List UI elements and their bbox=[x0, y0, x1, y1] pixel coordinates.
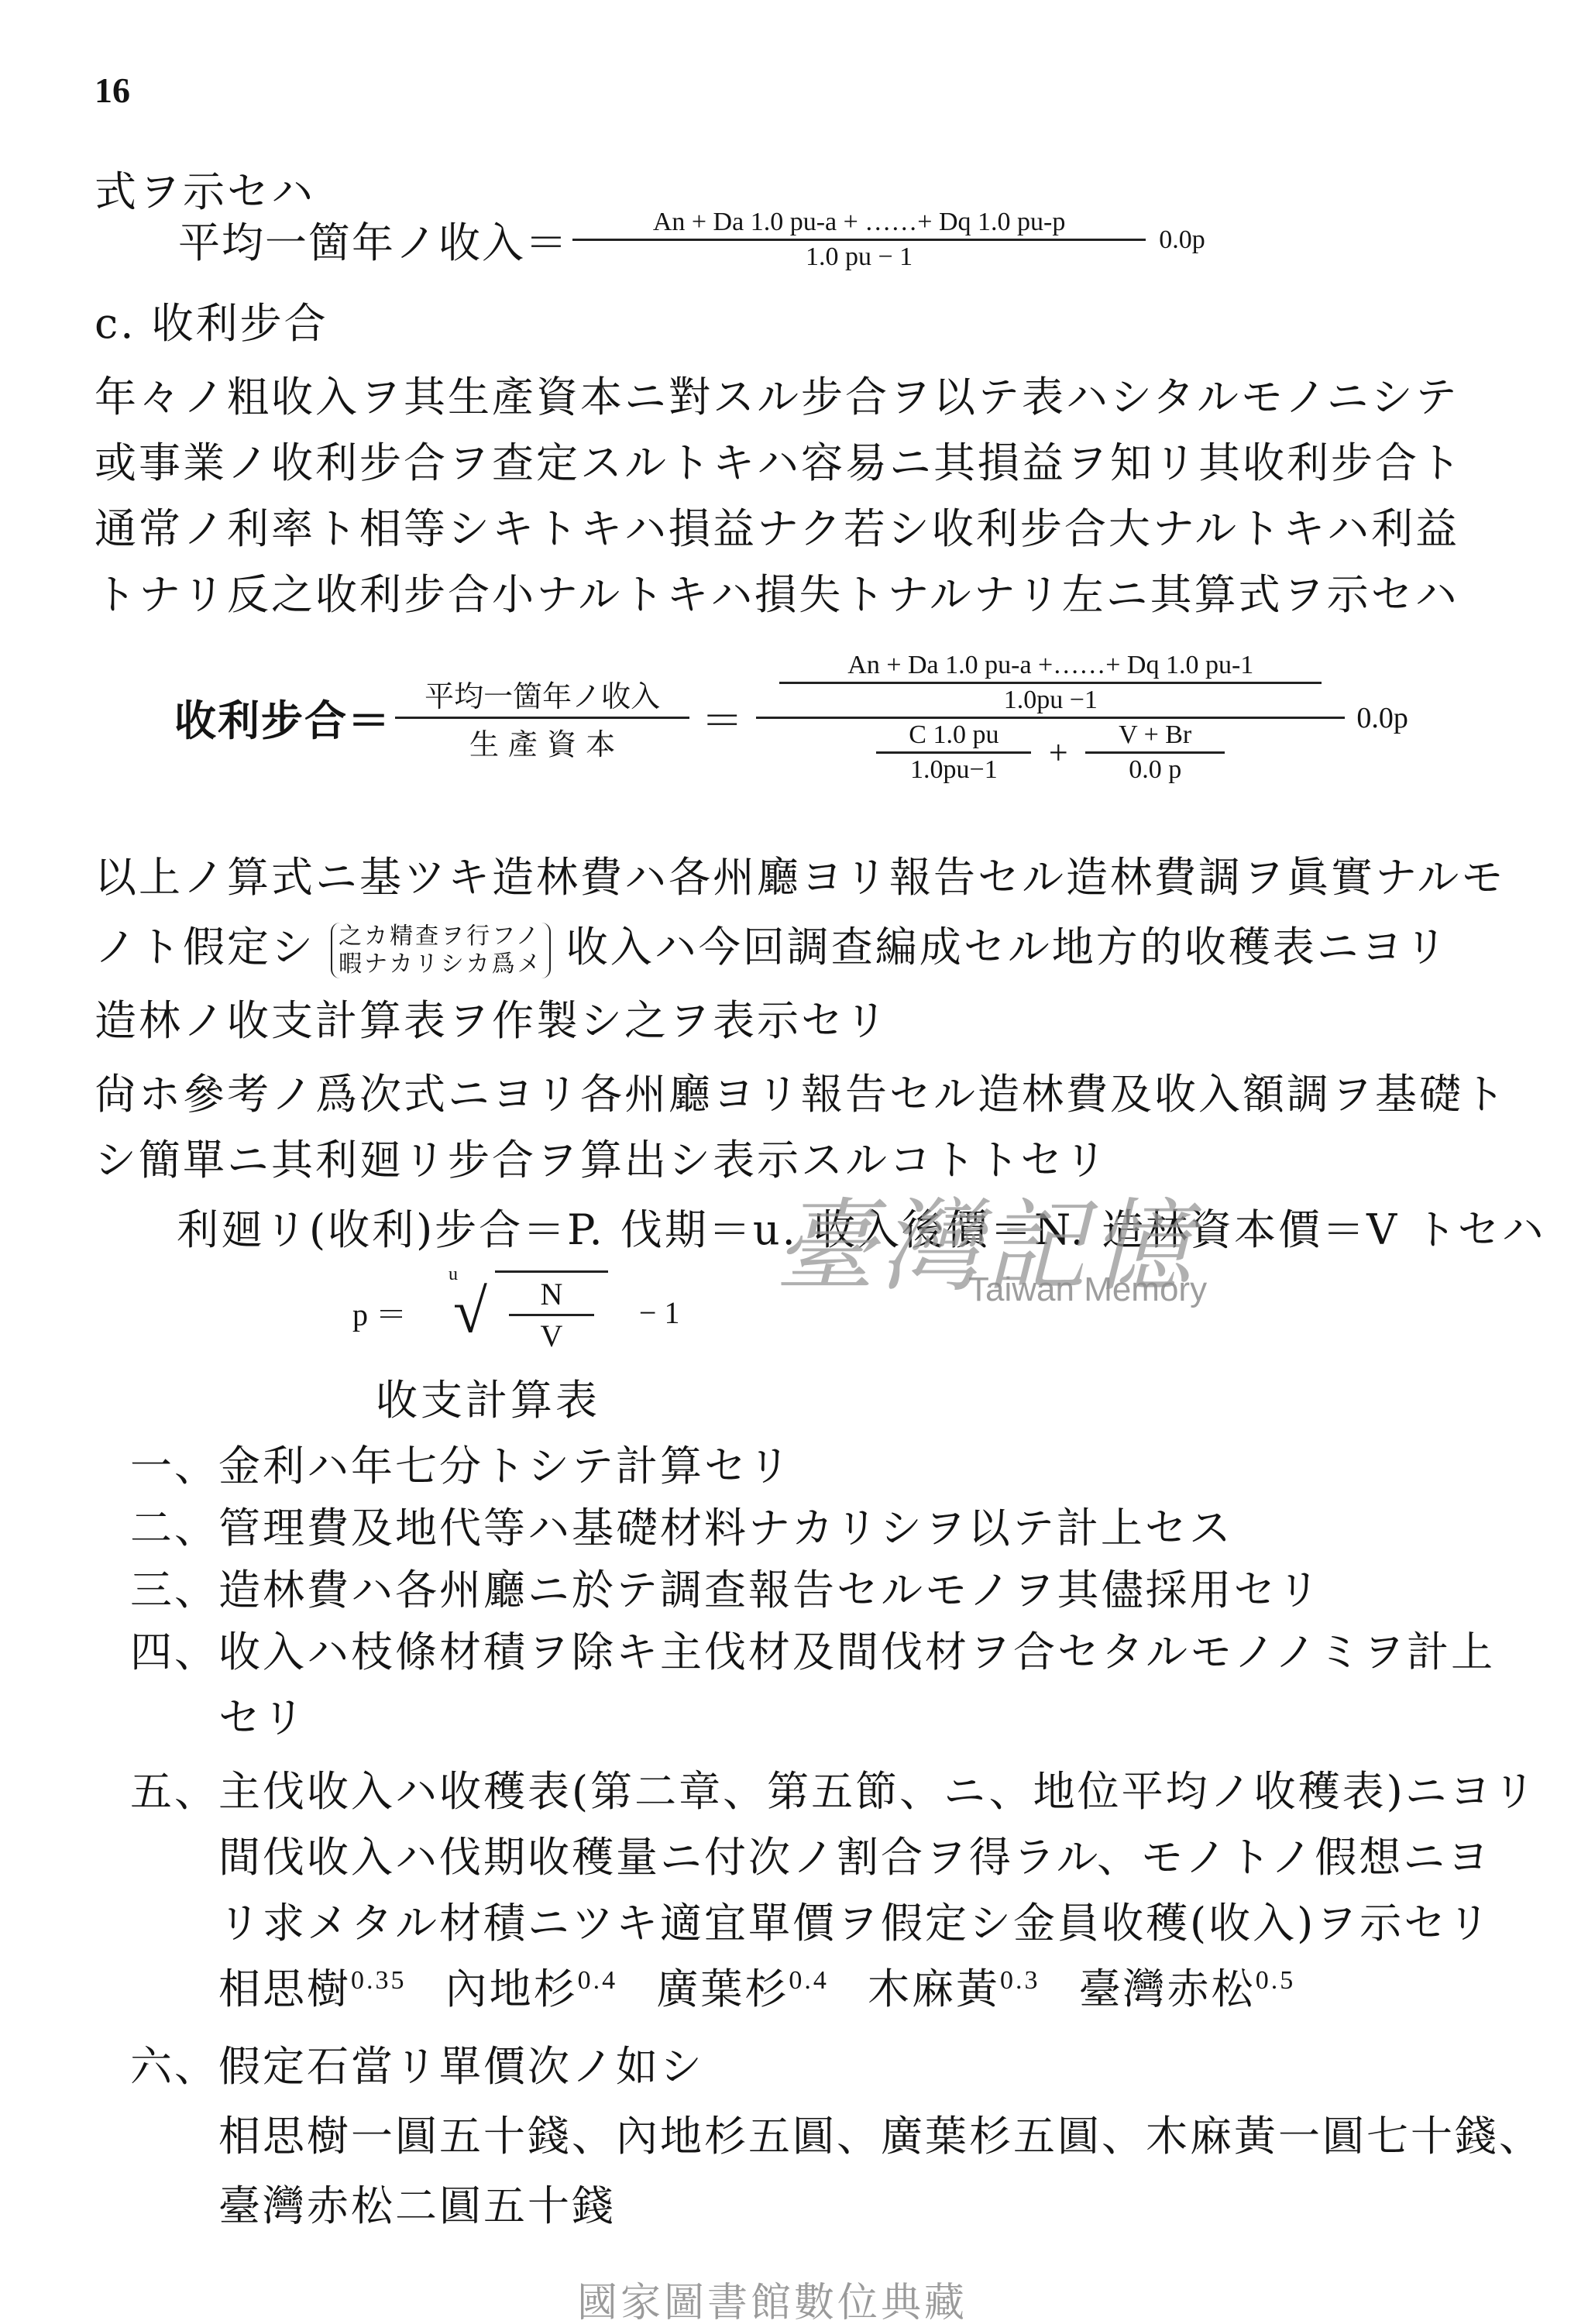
item-text: 管理費及地代等ハ基礎材料ナカリシヲ以テ計上セス bbox=[218, 1504, 1233, 1552]
national-library-footer-watermark: 國家圖書館數位典藏 bbox=[577, 2270, 968, 2324]
item-text: 造林費ハ各州廳ニ於テ調查報告セルモノヲ其儘採用セリ bbox=[218, 1566, 1322, 1614]
ratio-value: 0.5 bbox=[1256, 1966, 1296, 1995]
ratio-value: 0.4 bbox=[789, 1966, 829, 1995]
formula3-denominator: V bbox=[509, 1316, 594, 1354]
paragraph1-line4: トナリ反之收利步合小ナルトキハ損失トナルナリ左ニ其算式ヲ示セハ bbox=[95, 562, 1459, 621]
section-heading-c: c. 收利步合 bbox=[95, 290, 328, 350]
formula2-equals: ＝ bbox=[701, 696, 744, 745]
formula2-den-left-den: 1.0pu−1 bbox=[876, 754, 1031, 785]
item-4-continuation: セリ bbox=[218, 1685, 307, 1745]
formula2-suffix: 0.0p bbox=[1356, 702, 1408, 734]
formula2-inner-fraction: An + Da 1.0 pu-a +……+ Dq 1.0 pu-1 1.0pu … bbox=[779, 651, 1322, 715]
item-4: 四、收入ハ枝條材積ヲ除キ主伐材及間伐材ヲ合セタルモノノミヲ計上 bbox=[130, 1619, 1495, 1679]
item-number: 六、 bbox=[130, 2042, 218, 2091]
item-1: 一、金利ハ年七分トシテ計算セリ bbox=[130, 1433, 792, 1493]
formula2-big-fraction: An + Da 1.0 pu-a +……+ Dq 1.0 pu-1 1.0pu … bbox=[756, 651, 1345, 785]
formula2-den-right-num: V + Br bbox=[1085, 720, 1225, 754]
item-5-continuation-1: 間伐收入ハ伐期收穫量ニ付次ノ割合ヲ得ラル、モノトノ假想ニヨ bbox=[218, 1824, 1491, 1884]
formula3-lhs: p ＝ bbox=[352, 1298, 407, 1332]
parenthetical-note: 之カ精查ヲ行フノ 暇ナカリシカ爲メ bbox=[331, 923, 550, 978]
formula2-inner-denominator: 1.0pu −1 bbox=[779, 684, 1322, 715]
prices-line-1: 相思樹一圓五十錢、內地杉五圓、廣葉杉五圓、木麻黃一圓七十錢、 bbox=[218, 2103, 1543, 2163]
formula1-fraction: An + Da 1.0 pu-a + ……+ Dq 1.0 pu-p 1.0 p… bbox=[572, 208, 1146, 272]
paragraph2-line3: 造林ノ收支計算表ヲ作製シ之ヲ表示セリ bbox=[95, 988, 889, 1047]
paragraph2-line2-pre: ノト假定シ bbox=[95, 923, 315, 971]
item-number: 三、 bbox=[130, 1566, 218, 1614]
paragraph3-line1: 尙ホ參考ノ爲次式ニヨリ各州廳ヨリ報告セル造林費及收入額調ヲ基礎ト bbox=[95, 1061, 1507, 1121]
ratio-value: 0.4 bbox=[578, 1966, 618, 1995]
formula1-suffix: 0.0p bbox=[1159, 225, 1205, 254]
item-text: 假定石當リ單價次ノ如シ bbox=[218, 2042, 704, 2091]
formula2-den-left-num: C 1.0 pu bbox=[876, 720, 1031, 754]
formula-yield-rate: 收利步合＝ 平均一箇年ノ收入 生 產 資 本 ＝ An + Da 1.0 pu-… bbox=[174, 651, 1408, 785]
ratio-species: 臺灣赤松 bbox=[1079, 1965, 1256, 2013]
ratio-value: 0.35 bbox=[351, 1966, 407, 1995]
formula2-big-denominator: C 1.0 pu 1.0pu−1 + V + Br 0.0 p bbox=[756, 719, 1345, 785]
item-5-continuation-2: リ求メタル材積ニツキ適宜單價ヲ假定シ金員收穫(收入)ヲ示セリ bbox=[218, 1890, 1492, 1950]
item-text: 主伐收入ハ收穫表(第二章、第五節、ニ、地位平均ノ收穫表)ニヨリ bbox=[218, 1767, 1538, 1816]
ratio-species: 木麻黃 bbox=[868, 1965, 1000, 2013]
prices-line-2: 臺灣赤松二圓五十錢 bbox=[218, 2173, 616, 2233]
table-title: 收支計算表 bbox=[376, 1367, 600, 1427]
formula2-ratio-denominator: 生 產 資 本 bbox=[395, 719, 689, 763]
formula2-den-right: V + Br 0.0 p bbox=[1085, 720, 1225, 785]
paragraph1-line3: 通常ノ利率ト相等シキトキハ損益ナク若シ收利步合大ナルトキハ利益 bbox=[95, 496, 1459, 555]
formula1-numerator: An + Da 1.0 pu-a + ……+ Dq 1.0 pu-p bbox=[572, 208, 1146, 241]
item-6: 六、假定石當リ單價次ノ如シ bbox=[130, 2033, 704, 2093]
paragraph2-line2: ノト假定シ 之カ精查ヲ行フノ 暇ナカリシカ爲メ 收入ハ今回調查編成セル地方的收穫… bbox=[95, 914, 1449, 978]
formula2-den-left: C 1.0 pu 1.0pu−1 bbox=[876, 720, 1031, 785]
item-number: 二、 bbox=[130, 1504, 218, 1552]
formula2-ratio: 平均一箇年ノ收入 生 產 資 本 bbox=[395, 672, 689, 763]
formula1-denominator: 1.0 pu − 1 bbox=[572, 241, 1146, 272]
taiwan-memory-english-watermark: Taiwan Memory bbox=[968, 1270, 1207, 1309]
formula2-inner-numerator: An + Da 1.0 pu-a +……+ Dq 1.0 pu-1 bbox=[779, 651, 1322, 684]
item-text: 收入ハ枝條材積ヲ除キ主伐材及間伐材ヲ合セタルモノノミヲ計上 bbox=[218, 1628, 1495, 1676]
item-number: 四、 bbox=[130, 1628, 218, 1676]
paragraph2-line2-post: 收入ハ今回調查編成セル地方的收穫表ニヨリ bbox=[566, 923, 1449, 971]
root-index: u bbox=[449, 1264, 458, 1285]
item-number: 五、 bbox=[130, 1767, 218, 1816]
formula2-ratio-numerator: 平均一箇年ノ收入 bbox=[395, 672, 689, 719]
item-5: 五、主伐收入ハ收穫表(第二章、第五節、ニ、地位平均ノ收穫表)ニヨリ bbox=[130, 1758, 1538, 1818]
formula2-plus: + bbox=[1049, 734, 1068, 772]
page-number: 16 bbox=[95, 70, 130, 111]
ratios-line: 相思樹0.35 內地杉0.4 廣葉杉0.4 木麻黃0.3 臺灣赤松0.5 bbox=[218, 1956, 1295, 2016]
ratio-species: 內地杉 bbox=[445, 1965, 578, 2013]
ratio-value: 0.3 bbox=[1000, 1966, 1040, 1995]
root-sign: u √ N V bbox=[453, 1270, 608, 1354]
paragraph1-line1: 年々ノ粗收入ヲ其生產資本ニ對スル步合ヲ以テ表ハシタルモノニシテ bbox=[95, 364, 1459, 424]
item-2: 二、管理費及地代等ハ基礎材料ナカリシヲ以テ計上セス bbox=[130, 1495, 1233, 1555]
formula3-suffix: − 1 bbox=[639, 1295, 680, 1330]
paragraph1-line2: 或事業ノ收利步合ヲ查定スルトキハ容易ニ其損益ヲ知リ其收利步合ト bbox=[95, 430, 1463, 490]
formula-p: p ＝ u √ N V − 1 bbox=[352, 1270, 679, 1354]
formula1-lhs: 平均一箇年ノ收入＝ bbox=[178, 218, 569, 267]
paragraph2-line1: 以上ノ算式ニ基ツキ造林費ハ各州廳ヨリ報告セル造林費調ヲ眞實ナルモ bbox=[95, 844, 1505, 904]
formula3-numerator: N bbox=[509, 1276, 594, 1316]
item-number: 一、 bbox=[130, 1442, 218, 1490]
formula3-fraction: N V bbox=[495, 1270, 608, 1354]
formula2-den-right-den: 0.0 p bbox=[1085, 754, 1225, 785]
ratio-species: 相思樹 bbox=[218, 1965, 351, 2013]
ratio-species: 廣葉杉 bbox=[656, 1965, 789, 2013]
item-3: 三、造林費ハ各州廳ニ於テ調查報告セルモノヲ其儘採用セリ bbox=[130, 1557, 1322, 1617]
formula2-big-numerator: An + Da 1.0 pu-a +……+ Dq 1.0 pu-1 1.0pu … bbox=[756, 651, 1345, 719]
radical-icon: √ bbox=[453, 1278, 487, 1346]
formula-average-income: 平均一箇年ノ收入＝ An + Da 1.0 pu-a + ……+ Dq 1.0 … bbox=[178, 208, 1205, 272]
formula2-lhs: 收利步合＝ bbox=[174, 696, 391, 745]
parenthetical-bottom: 暇ナカリシカ爲メ bbox=[339, 951, 542, 978]
parenthetical-top: 之カ精查ヲ行フノ bbox=[339, 923, 542, 951]
item-text: 金利ハ年七分トシテ計算セリ bbox=[218, 1442, 792, 1490]
